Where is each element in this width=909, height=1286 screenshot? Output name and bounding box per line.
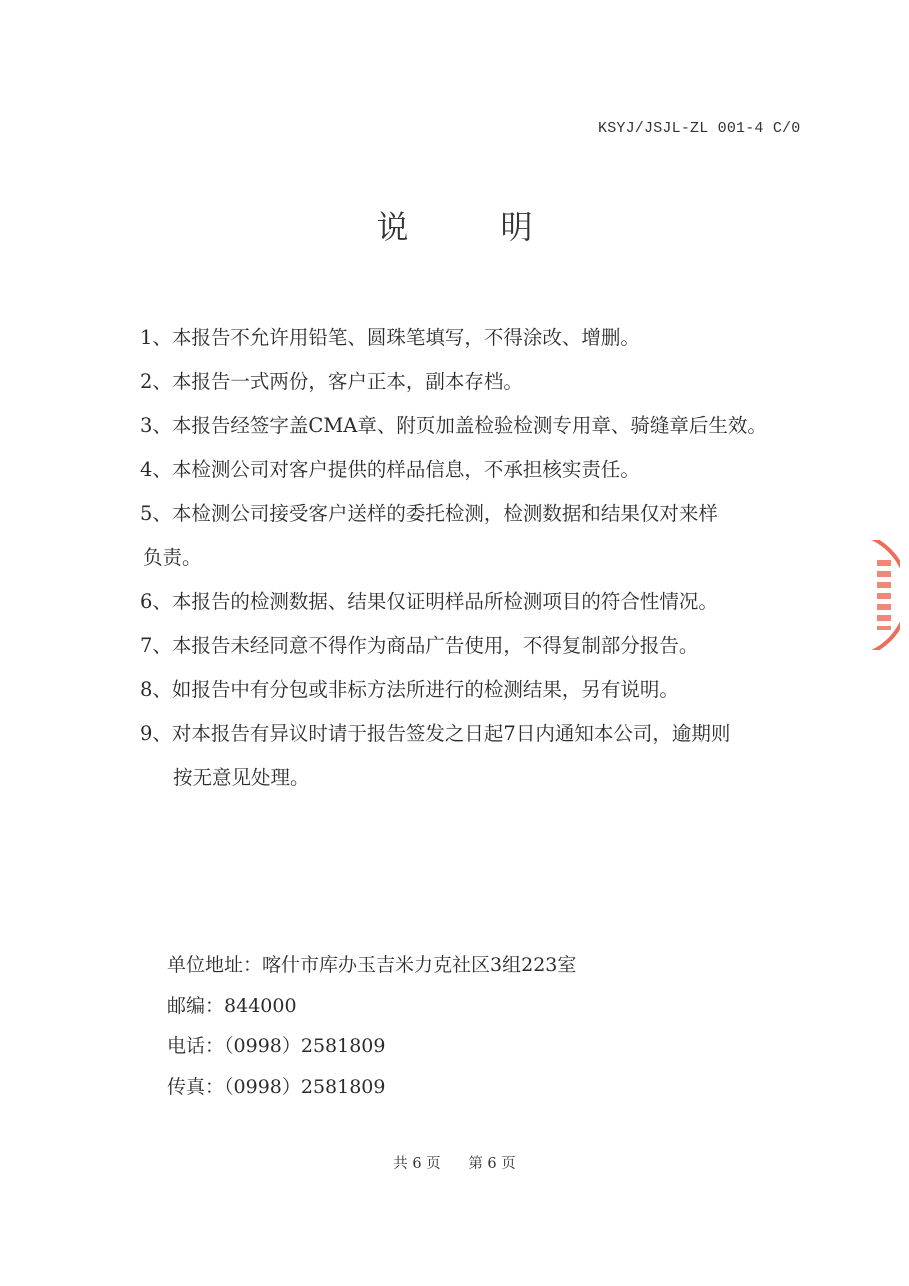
note-item-5: 5、本检测公司接受客户送样的委托检测，检测数据和结果仅对来样 负责。 (140, 492, 820, 580)
seam-seal-stamp-icon (860, 540, 900, 650)
phone-label: 电话： (167, 1035, 224, 1057)
note-text: 本报告一式两份，客户正本，副本存档。 (172, 370, 523, 393)
note-item-4: 4、本检测公司对客户提供的样品信息，不承担核实责任。 (140, 448, 820, 492)
stamp-text-fragments (877, 560, 891, 630)
postcode-value: 844000 (224, 995, 297, 1017)
note-text: 本检测公司接受客户送样的委托检测，检测数据和结果仅对来样 (172, 502, 718, 525)
note-number: 6、 (140, 580, 172, 624)
note-item-1: 1、本报告不允许用铅笔、圆珠笔填写，不得涂改、增删。 (140, 316, 820, 360)
note-number: 2、 (140, 360, 172, 404)
note-number: 4、 (140, 448, 172, 492)
fax-row: 传真：（0998）2581809 (167, 1067, 576, 1108)
note-number: 8、 (140, 668, 172, 712)
note-text: 本报告的检测数据、结果仅证明样品所检测项目的符合性情况。 (172, 590, 718, 613)
address-row: 单位地址：喀什市库办玉吉米力克社区3组223室 (167, 945, 576, 986)
total-pages: 共 6 页 (393, 1156, 440, 1172)
phone-value: （0998）2581809 (224, 1035, 385, 1057)
notes-list: 1、本报告不允许用铅笔、圆珠笔填写，不得涂改、增删。 2、本报告一式两份，客户正… (140, 316, 820, 800)
current-page: 第 6 页 (468, 1156, 515, 1172)
note-text: 本报告未经同意不得作为商品广告使用，不得复制部分报告。 (172, 634, 699, 657)
title-char-1: 说 (376, 202, 408, 248)
fax-value: （0998）2581809 (224, 1076, 385, 1098)
note-text: 如报告中有分包或非标方法所进行的检测结果，另有说明。 (172, 678, 679, 701)
document-code: KSYJ/JSJL-ZL 001-4 C/0 (598, 120, 800, 137)
note-number: 3、 (140, 404, 172, 448)
address-label: 单位地址： (167, 954, 262, 976)
page-footer: 共 6 页 第 6 页 (0, 1152, 909, 1173)
note-number: 9、 (140, 712, 172, 756)
contact-info: 单位地址：喀什市库办玉吉米力克社区3组223室 邮编：844000 电话：（09… (167, 945, 576, 1107)
note-text: 本检测公司对客户提供的样品信息，不承担核实责任。 (172, 458, 640, 481)
note-item-3: 3、本报告经签字盖CMA章、附页加盖检验检测专用章、骑缝章后生效。 (140, 404, 820, 448)
note-text: 对本报告有异议时请于报告签发之日起7日内通知本公司，逾期则 (172, 722, 730, 745)
page-title: 说明 (0, 202, 909, 248)
note-number: 5、 (140, 492, 172, 536)
note-number: 1、 (140, 316, 172, 360)
title-char-2: 明 (501, 202, 533, 248)
postcode-label: 邮编： (167, 995, 224, 1017)
note-continuation: 负责。 (140, 536, 820, 580)
note-number: 7、 (140, 624, 172, 668)
note-continuation: 按无意见处理。 (140, 756, 820, 800)
address-value: 喀什市库办玉吉米力克社区3组223室 (262, 954, 576, 976)
postcode-row: 邮编：844000 (167, 986, 576, 1027)
fax-label: 传真： (167, 1076, 224, 1098)
note-item-7: 7、本报告未经同意不得作为商品广告使用，不得复制部分报告。 (140, 624, 820, 668)
note-item-9: 9、对本报告有异议时请于报告签发之日起7日内通知本公司，逾期则 按无意见处理。 (140, 712, 820, 800)
note-text: 本报告经签字盖CMA章、附页加盖检验检测专用章、骑缝章后生效。 (172, 414, 767, 437)
note-item-2: 2、本报告一式两份，客户正本，副本存档。 (140, 360, 820, 404)
phone-row: 电话：（0998）2581809 (167, 1026, 576, 1067)
note-item-6: 6、本报告的检测数据、结果仅证明样品所检测项目的符合性情况。 (140, 580, 820, 624)
note-item-8: 8、如报告中有分包或非标方法所进行的检测结果，另有说明。 (140, 668, 820, 712)
note-text: 本报告不允许用铅笔、圆珠笔填写，不得涂改、增删。 (172, 326, 640, 349)
